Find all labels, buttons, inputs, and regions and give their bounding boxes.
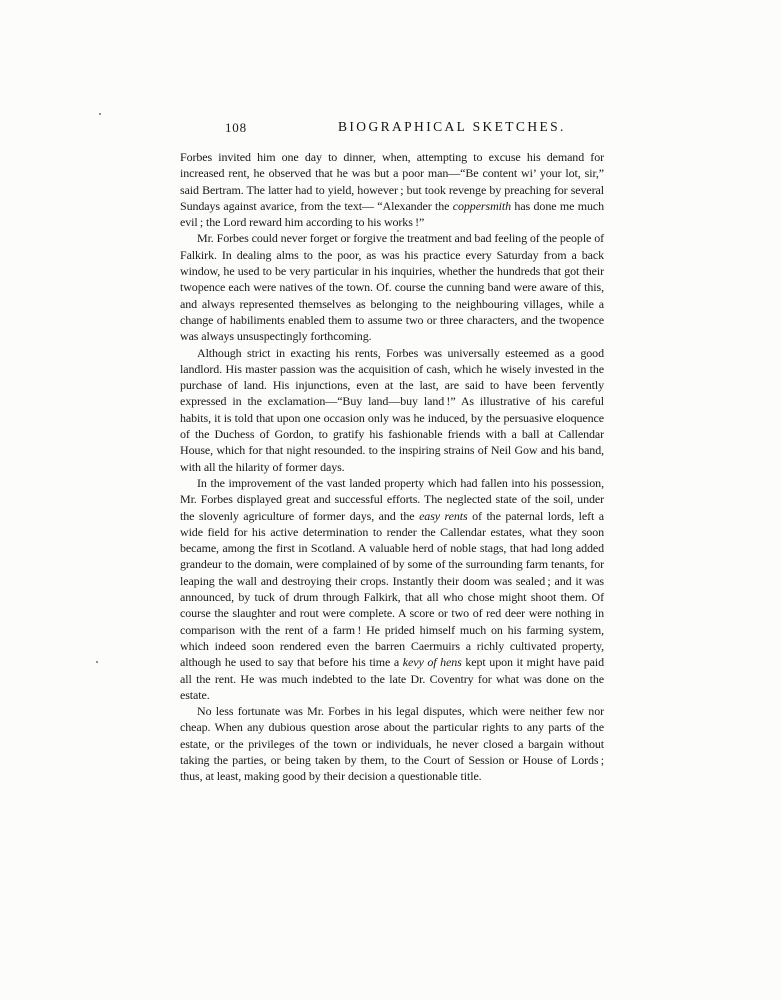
paragraph-1: Forbes invited him one day to dinner, wh… (180, 149, 604, 230)
paragraph-2: Mr. Forbes could never forget or forgive… (180, 230, 604, 344)
paragraph-3: Although strict in exacting his rents, F… (180, 345, 604, 475)
scan-speck (99, 113, 101, 115)
scan-speck (96, 661, 98, 663)
running-title: BIOGRAPHICAL SKETCHES. (338, 119, 566, 135)
page-number: 108 (225, 120, 247, 136)
page-header: 108 BIOGRAPHICAL SKETCHES. (180, 119, 604, 139)
paragraph-4: In the improvement of the vast landed pr… (180, 475, 604, 703)
book-page: 108 BIOGRAPHICAL SKETCHES. Forbes invite… (0, 0, 782, 1000)
page-body: Forbes invited him one day to dinner, wh… (180, 149, 604, 785)
paragraph-5: No less fortunate was Mr. Forbes in his … (180, 703, 604, 784)
scan-speck (397, 230, 399, 232)
